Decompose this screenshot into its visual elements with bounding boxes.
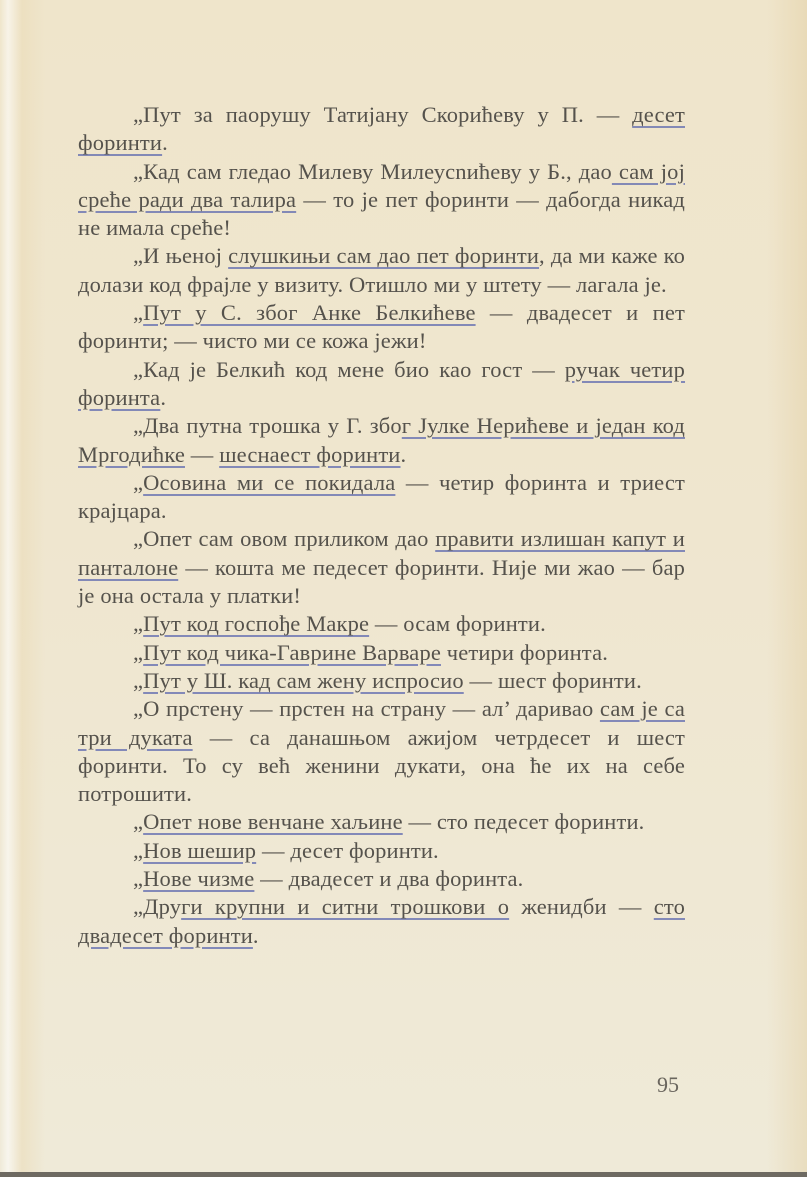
text-segment: „Дру bbox=[133, 894, 181, 919]
text-segment: „ bbox=[133, 300, 143, 325]
book-page: „Пут за паорушу Татијану Скорићеву у П. … bbox=[0, 0, 807, 1172]
paragraph: „Нов шешир — десет форинти. bbox=[78, 837, 685, 865]
underlined-text: Осовина ми се покидала bbox=[143, 470, 395, 495]
text-segment: четири форинта. bbox=[441, 640, 608, 665]
paragraph: „О прстену — прстен на страну — ал’ дари… bbox=[78, 695, 685, 808]
underlined-text: ги крупни и ситни трошкови о bbox=[181, 894, 509, 919]
underlined-text: Нове чизме bbox=[143, 866, 254, 891]
text-segment: „Кад сам гледао Милеву Милеусnићеву у Б.… bbox=[133, 159, 612, 184]
underlined-text: Опет нове венчане хаљине bbox=[143, 809, 403, 834]
underlined-text: Пут код чика-Гаврине Варваре bbox=[143, 640, 441, 665]
paragraph: „И њеној слушкињи сам дао пет форинти, д… bbox=[78, 242, 685, 299]
text-segment: „ bbox=[133, 470, 143, 495]
underlined-text: Пут код госпође Макре bbox=[143, 611, 369, 636]
text-segment: . bbox=[401, 442, 407, 467]
text-segment: „Кад је Белкић код мене био као гост — bbox=[133, 357, 565, 382]
paragraph: „Пут у С. због Анке Белкићеве — двадесет… bbox=[78, 299, 685, 356]
text-segment: „ bbox=[133, 866, 143, 891]
paragraph: „Два путна трошка у Г. због Јулке Нериће… bbox=[78, 412, 685, 469]
paragraph: „Нове чизме — двадесет и два форинта. bbox=[78, 865, 685, 893]
text-segment: „ bbox=[133, 640, 143, 665]
text-segment: женидби — bbox=[509, 894, 654, 919]
underlined-text: шеснаест форинти bbox=[219, 442, 400, 467]
text-segment: . bbox=[162, 130, 168, 155]
text-segment: „О прстену — прстен на страну — ал’ дари… bbox=[133, 696, 600, 721]
paragraph: „Опет нове венчане хаљине — сто педесет … bbox=[78, 808, 685, 836]
scan-edge-bar bbox=[0, 1172, 807, 1177]
text-segment: — десет форинти. bbox=[256, 838, 439, 863]
body-text: „Пут за паорушу Татијану Скорићеву у П. … bbox=[78, 101, 685, 950]
paragraph: „Пут у Ш. кад сам жену испросио — шест ф… bbox=[78, 667, 685, 695]
paragraph: „Кад сам гледао Милеву Милеусnићеву у Б.… bbox=[78, 158, 685, 243]
underlined-text: слушкињи сам дао пет форинти bbox=[228, 243, 539, 268]
paragraph: „Опет сам овом приликом дао правити изли… bbox=[78, 525, 685, 610]
paragraph: „Други крупни и ситни трошкови о женидби… bbox=[78, 893, 685, 950]
text-segment: — bbox=[185, 442, 219, 467]
text-segment: — сто педесет форинти. bbox=[403, 809, 645, 834]
text-segment: „ bbox=[133, 668, 143, 693]
text-segment: . bbox=[160, 385, 166, 410]
text-segment: . bbox=[253, 923, 259, 948]
text-segment: „ bbox=[133, 611, 143, 636]
paragraph: „Пут за паорушу Татијану Скорићеву у П. … bbox=[78, 101, 685, 158]
text-segment: „ bbox=[133, 809, 143, 834]
underlined-text: Нов шешир bbox=[143, 838, 256, 863]
paragraph: „Пут код госпође Макре — осам форинти. bbox=[78, 610, 685, 638]
paragraph: „Пут код чика-Гаврине Варваре четири фор… bbox=[78, 639, 685, 667]
text-segment: — осам форинти. bbox=[369, 611, 546, 636]
underlined-text: Пут у Ш. кад сам жену испросио bbox=[143, 668, 464, 693]
text-segment: „Опет сам овом приликом дао bbox=[133, 526, 435, 551]
text-segment: „ bbox=[133, 838, 143, 863]
page-number: 95 bbox=[657, 1072, 679, 1098]
underlined-text: Пут у С. због Анке Белкићеве bbox=[143, 300, 475, 325]
text-segment: „Пут за паорушу Татијану Скорићеву у П. … bbox=[133, 102, 632, 127]
text-segment: „Два путна трошка у Г. збо bbox=[133, 413, 402, 438]
paragraph: „Осовина ми се покидала — четир форинта … bbox=[78, 469, 685, 526]
text-segment: — двадесет и два форинта. bbox=[254, 866, 523, 891]
text-segment: — шест форинти. bbox=[464, 668, 642, 693]
text-segment: „И њеној bbox=[133, 243, 228, 268]
paragraph: „Кад је Белкић код мене био као гост — р… bbox=[78, 356, 685, 413]
